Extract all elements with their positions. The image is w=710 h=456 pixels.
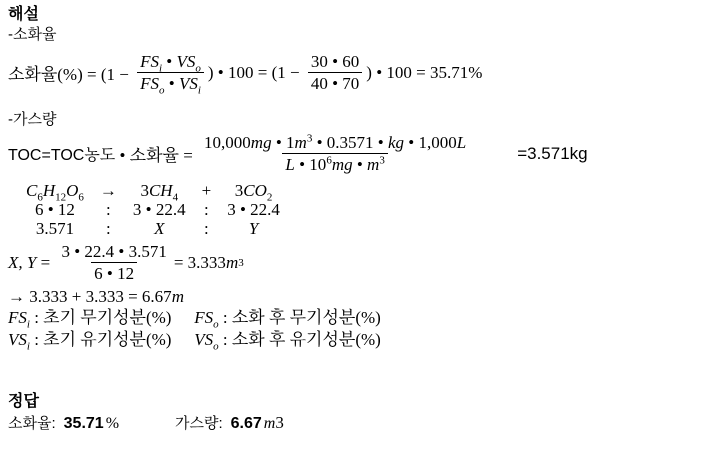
m-unit: m <box>295 133 307 152</box>
fs-o-description: : 소화 후 무기성분(%) <box>219 308 381 327</box>
toc-fraction: 10,000mg • 1m3 • 0.3571 • kg • 1,000L L … <box>201 132 469 175</box>
unknown-ratio-row: 3.571 : X : Y <box>18 219 288 238</box>
methane-symbol: CH <box>149 181 173 200</box>
dot-operator: • <box>353 155 367 174</box>
answer-line: 소화율: 35.71 % 가스량: 6.67 m 3 <box>8 414 710 434</box>
toc-fraction-denominator: L • 106mg • m3 <box>282 153 387 175</box>
num-value: 10,000 <box>204 133 251 152</box>
vs-symbol: VS <box>179 74 198 93</box>
ratio-colon: : <box>92 219 125 238</box>
unknown-x: X <box>125 219 194 238</box>
num-value: • 1,000 <box>404 133 457 152</box>
fs-symbol: FS <box>140 74 159 93</box>
toc-mass: 3.571 <box>18 219 92 238</box>
reaction-arrow: → <box>92 181 125 200</box>
gas-sum-line: → 3.333 + 3.333 = 6.67m <box>8 287 710 307</box>
glucose-cell: C6H12O6 <box>18 181 92 200</box>
xy-fraction: 3 • 22.4 • 3.571 6 • 12 <box>58 241 169 284</box>
toc-formula-lead: • 소화율 = <box>115 141 197 166</box>
num-value: • 1 <box>272 133 295 152</box>
explanation-header: 해설 <box>8 5 710 25</box>
vs-o-description: : 소화 후 유기성분(%) <box>219 330 381 349</box>
digestion-formula-mid: ) • 100 = (1 − <box>208 63 304 83</box>
m-unit: m <box>367 155 379 174</box>
answer-gas-value: 6.67 <box>231 414 262 434</box>
xy-result: = 3.333 <box>174 253 226 273</box>
oxygen-symbol: O <box>66 181 78 200</box>
toc-formula-result: =3.571kg <box>517 144 587 164</box>
kg-unit: kg <box>388 133 404 152</box>
reaction-row: C6H12O6 → 3CH4 + 3CO2 <box>18 181 288 200</box>
num-value: • 10 <box>295 155 326 174</box>
answer-digestion-label: 소화율: <box>8 414 56 434</box>
answer-gas-label: 가스량: <box>175 414 223 434</box>
xy-fraction-numerator: 3 • 22.4 • 3.571 <box>58 241 169 262</box>
fs-i-definition: FSi : 초기 무기성분(%) <box>8 307 190 329</box>
answer-header: 정답 <box>8 392 710 412</box>
numeric-fraction: 30 • 60 40 • 70 <box>308 51 362 94</box>
fs-symbol: FS <box>194 308 213 327</box>
vs-subscript: i <box>198 84 201 96</box>
fs-vs-fraction-numerator: FSi • VSo <box>137 51 204 72</box>
exponent: 3 <box>379 154 385 166</box>
fs-symbol: FS <box>8 308 27 327</box>
digestion-formula: 소화율(%) = (1 − FSi • VSo FSo • VSi ) • 10… <box>8 51 710 94</box>
co2-cell: 3CO2 <box>219 181 288 200</box>
mg-unit: mg <box>332 155 353 174</box>
co2-symbol: CO <box>243 181 267 200</box>
stoichiometry-table: C6H12O6 → 3CH4 + 3CO2 6 • 12 : 3 • 22.4 … <box>18 181 288 238</box>
answer-digestion-value: 35.71 <box>64 414 104 434</box>
oxygen-subscript: 6 <box>78 191 84 203</box>
cubic-meter-unit: m <box>172 287 184 306</box>
liter-unit: L <box>285 155 294 174</box>
hydrogen-symbol: H <box>43 181 55 200</box>
gas-section-title: -가스량 <box>8 110 710 129</box>
carbon-symbol: C <box>26 181 37 200</box>
equals-sign: = <box>36 253 54 273</box>
vs-i-definition: VSi : 초기 유기성분(%) <box>8 329 190 351</box>
digestion-section-title: -소화율 <box>8 25 710 44</box>
methane-cell: 3CH4 <box>125 181 194 200</box>
vs-symbol: VS <box>194 330 213 349</box>
dot-operator: • <box>162 52 176 71</box>
toc-fraction-numerator: 10,000mg • 1m3 • 0.3571 • kg • 1,000L <box>201 132 469 153</box>
fs-definitions-line: FSi : 초기 무기성분(%) FSo : 소화 후 무기성분(%) <box>8 307 710 329</box>
xy-fraction-denominator: 6 • 12 <box>91 262 137 284</box>
methane-coefficient: 3 <box>140 181 149 200</box>
vs-i-description: : 초기 유기성분(%) <box>30 330 172 349</box>
plus-sign: + <box>194 181 220 200</box>
unknown-y: Y <box>219 219 288 238</box>
cubic-meter-unit: m <box>264 414 276 434</box>
ratio-colon: : <box>194 219 220 238</box>
vs-symbol: VS <box>8 330 27 349</box>
fs-o-definition: FSo : 소화 후 무기성분(%) <box>194 308 381 327</box>
fs-symbol: FS <box>140 52 159 71</box>
percent-sign: % <box>106 414 119 434</box>
gas-sum-expression: → 3.333 + 3.333 = 6.67 <box>8 287 172 306</box>
methane-volume: 3 • 22.4 <box>125 200 194 219</box>
numeric-fraction-numerator: 30 • 60 <box>308 51 362 72</box>
fs-i-description: : 초기 무기성분(%) <box>30 308 172 327</box>
mg-unit: mg <box>251 133 272 152</box>
co2-volume: 3 • 22.4 <box>219 200 288 219</box>
molar-ratio-row: 6 • 12 : 3 • 22.4 : 3 • 22.4 <box>18 200 288 219</box>
dot-operator: • <box>164 74 178 93</box>
toc-formula: TOC=TOC농도 • 소화율 = 10,000mg • 1m3 • 0.357… <box>8 132 710 175</box>
vs-symbol: VS <box>177 52 196 71</box>
ratio-colon: : <box>92 200 125 219</box>
co2-coefficient: 3 <box>235 181 244 200</box>
num-value: • 0.3571 • <box>312 133 388 152</box>
liter-unit: L <box>457 133 466 152</box>
xy-lhs: X, Y <box>8 253 36 273</box>
digestion-formula-lead: 소화율(%) = (1 − <box>8 60 133 85</box>
cubic-meter-unit: m <box>226 253 238 273</box>
numeric-fraction-denominator: 40 • 70 <box>308 72 362 94</box>
vs-o-definition: VSo : 소화 후 유기성분(%) <box>194 330 381 349</box>
fs-vs-fraction: FSi • VSo FSo • VSi <box>137 51 204 94</box>
xy-formula: X, Y = 3 • 22.4 • 3.571 6 • 12 = 3.333 m… <box>8 241 710 284</box>
digestion-formula-result: ) • 100 = 35.71% <box>366 63 482 83</box>
vs-definitions-line: VSi : 초기 유기성분(%) VSo : 소화 후 유기성분(%) <box>8 329 710 351</box>
solution-document: 해설 -소화율 소화율(%) = (1 − FSi • VSo FSo • VS… <box>8 5 710 434</box>
fs-vs-fraction-denominator: FSo • VSi <box>137 72 204 94</box>
toc-formula-prefix: TOC=TOC농도 <box>8 142 115 165</box>
ratio-colon: : <box>194 200 220 219</box>
